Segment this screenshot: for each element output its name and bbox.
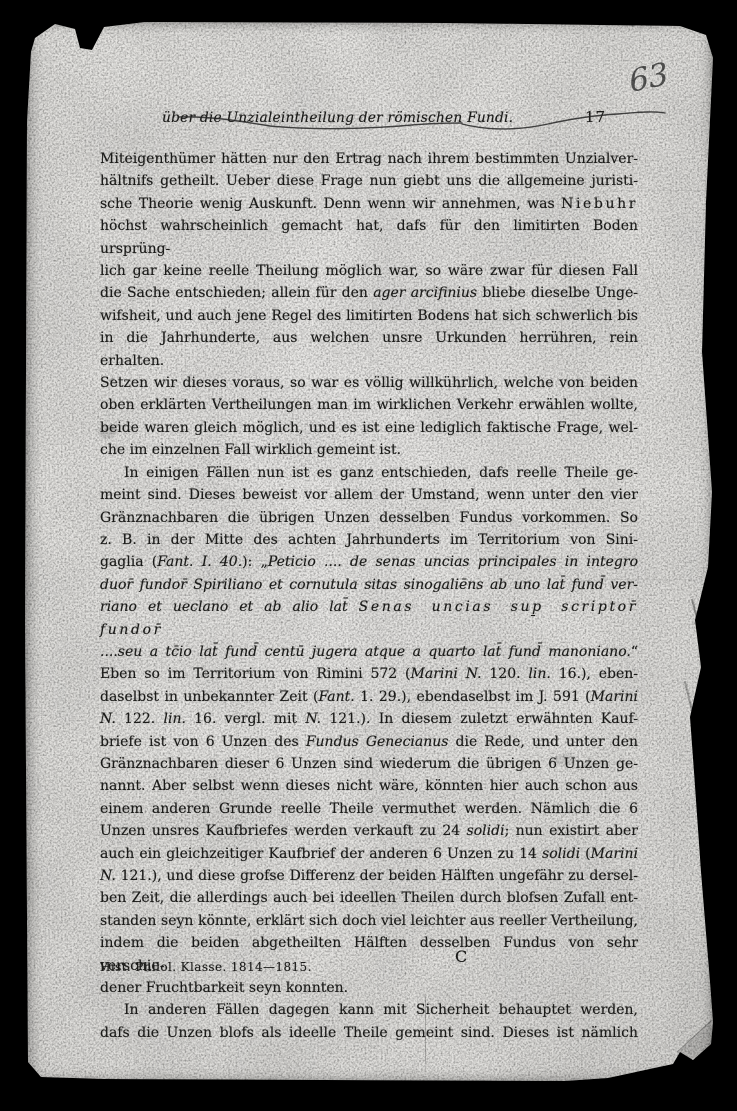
text-line: Unzen unsres Kaufbriefes werden verkauft…: [100, 820, 638, 842]
text-line: auch ein gleichzeitiger Kaufbrief der an…: [100, 843, 638, 865]
text-line: einem anderen Grunde reelle Theile vermu…: [100, 798, 638, 820]
text-line: meint sind. Dieses beweist vor allem der…: [100, 484, 638, 506]
handwritten-folio-number: 63: [627, 56, 671, 100]
text-line: höchst wahrscheinlich gemacht hat, dafs …: [100, 215, 638, 260]
text-line: Gränznachbaren dieser 6 Unzen sind wiede…: [100, 753, 638, 775]
text-line: ben Zeit, die allerdings auch bei ideell…: [100, 887, 638, 909]
page-number: 17: [585, 108, 606, 126]
text-line: Eben so im Territorium von Rimini 572 (M…: [100, 663, 638, 685]
text-line: wifsheit, und auch jene Regel des limiti…: [100, 305, 638, 327]
text-line: gaglia (Fant. I. 40.): „Peticio .... de …: [100, 551, 638, 573]
page-header: über die Unzialeintheilung der römischen…: [100, 108, 638, 136]
running-title: über die Unzialeintheilung der römischen…: [162, 110, 480, 126]
text-line: riano et ueclano et ab alio lat̄ Senas u…: [100, 596, 638, 641]
text-line: N. 121.), und diese grofse Differenz der…: [100, 865, 638, 887]
text-line: beide waren gleich möglich, und es ist e…: [100, 417, 638, 439]
scan-background: über die Unzialeintheilung der römischen…: [0, 0, 737, 1111]
body-text: Miteigenthümer hätten nur den Ertrag nac…: [100, 148, 638, 1044]
text-line: In einigen Fällen nun ist es ganz entsch…: [100, 462, 638, 484]
text-line: die Sache entschieden; allein für den ag…: [100, 282, 638, 304]
text-line: dener Fruchtbarkeit seyn konnten.: [100, 977, 638, 999]
signature-mark: C: [455, 947, 467, 966]
text-line: oben erklärten Vertheilungen man im wirk…: [100, 394, 638, 416]
text-line: nannt. Aber selbst wenn dieses nicht wär…: [100, 775, 638, 797]
text-line: daselbst in unbekannter Zeit (Fant. 1. 2…: [100, 686, 638, 708]
text-line: lich gar keine reelle Theilung möglich w…: [100, 260, 638, 282]
text-line: Gränznachbaren die übrigen Unzen desselb…: [100, 507, 638, 529]
text-line: ....seu a tc̄io lat̄ fund̄ centū jugera…: [100, 641, 638, 663]
text-line: standen seyn könnte, erklärt sich doch v…: [100, 910, 638, 932]
text-line: briefe ist von 6 Unzen des Fundus Geneci…: [100, 731, 638, 753]
text-line: dafs die Unzen blofs als ideelle Theile …: [100, 1022, 638, 1044]
folded-corner: [677, 1020, 713, 1059]
footer-imprint: Hist. Philol. Klasse. 1814—1815.: [100, 960, 312, 974]
text-line: z. B. in der Mitte des achten Jahrhunder…: [100, 529, 638, 551]
document-page: über die Unzialeintheilung der römischen…: [25, 22, 713, 1083]
text-line: Miteigenthümer hätten nur den Ertrag nac…: [100, 148, 638, 170]
text-line: hältnifs getheilt. Ueber diese Frage nun…: [100, 170, 638, 192]
text-line: N. 122. lin. 16. vergl. mit N. 121.). In…: [100, 708, 638, 730]
text-line: in die Jahrhunderte, aus welchen unsre U…: [100, 327, 638, 372]
text-line: duor̄ fundor̄ Spiriliano et cornutula si…: [100, 574, 638, 596]
text-line: che im einzelnen Fall wirklich gemeint i…: [100, 439, 638, 461]
text-line: sche Theorie wenig Auskunft. Denn wenn w…: [100, 193, 638, 215]
text-line: In anderen Fällen dagegen kann mit Siche…: [100, 999, 638, 1021]
text-line: Setzen wir dieses voraus, so war es völl…: [100, 372, 638, 394]
